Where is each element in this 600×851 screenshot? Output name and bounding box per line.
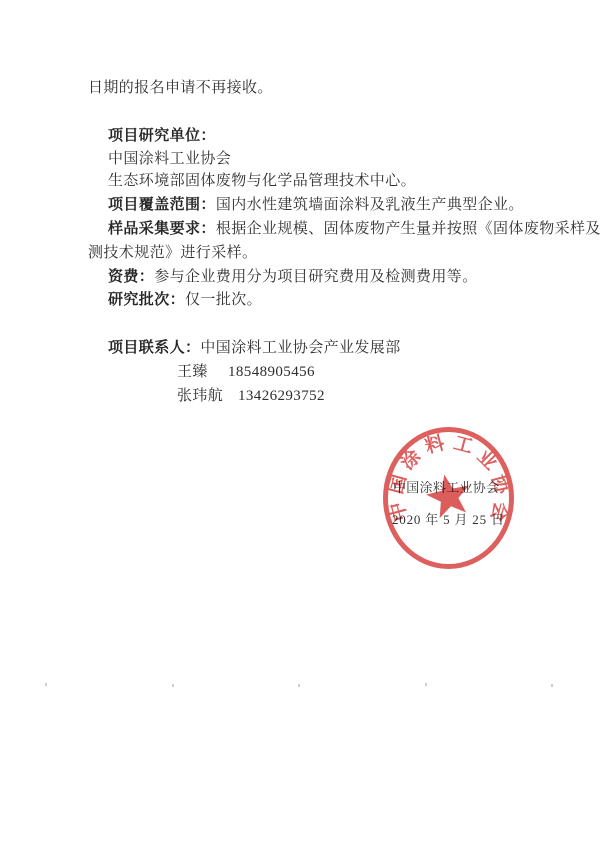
star-icon <box>419 468 478 525</box>
scan-speck <box>298 684 300 687</box>
paragraph-continuation: 日期的报名申请不再接收。 <box>88 80 273 97</box>
field-line-tech-center: 生态环境部固体废物与化学品管理技术中心。 <box>108 173 416 190</box>
field-line-fees: 资费：参与企业费用分为项目研究费用及检测费用等。 <box>108 269 478 286</box>
body-text: 日期的报名申请不再接收。 <box>88 80 273 96</box>
field-value: 国内水性建筑墙面涂料及乳液生产典型企业。 <box>216 197 524 213</box>
field-label: 研究批次： <box>108 292 185 308</box>
field-label: 资费： <box>108 269 154 285</box>
scan-speck <box>172 684 174 687</box>
field-label: 项目联系人： <box>108 340 200 356</box>
field-line-sampling-req: 样品采集要求：根据企业规模、固体废物产生量并按照《固体废物采样及检 <box>108 221 600 238</box>
field-label: 样品采集要求： <box>108 221 216 237</box>
scan-speck <box>551 684 553 687</box>
field-value: 参与企业费用分为项目研究费用及检测费用等。 <box>154 269 477 285</box>
contact-row: 张玮航13426293752 <box>177 388 325 405</box>
field-line-batch: 研究批次：仅一批次。 <box>108 292 262 309</box>
contact-phone: 13426293752 <box>238 388 325 404</box>
field-value: 生态环境部固体废物与化学品管理技术中心。 <box>108 173 416 189</box>
contact-phone: 18548905456 <box>228 364 315 380</box>
contact-name: 张玮航 <box>177 388 238 405</box>
field-label: 项目覆盖范围： <box>108 197 216 213</box>
field-line-coverage: 项目覆盖范围：国内水性建筑墙面涂料及乳液生产典型企业。 <box>108 197 524 214</box>
scan-speck <box>425 683 427 686</box>
field-line-contact-person: 项目联系人：中国涂料工业协会产业发展部 <box>108 340 401 357</box>
field-value: 中国涂料工业协会 <box>108 151 231 167</box>
scanned-document-page: 日期的报名申请不再接收。 项目研究单位： 中国涂料工业协会 生态环境部固体废物与… <box>0 0 600 851</box>
scan-speck <box>45 683 47 686</box>
field-line-org-name: 中国涂料工业协会 <box>108 151 231 168</box>
field-label: 项目研究单位： <box>108 128 216 144</box>
field-value: 仅一批次。 <box>185 292 262 308</box>
field-value: 中国涂料工业协会产业发展部 <box>200 340 400 356</box>
contact-row: 王臻18548905456 <box>177 364 315 381</box>
field-value: 根据企业规模、固体废物产生量并按照《固体废物采样及检 <box>216 221 600 237</box>
field-value: 测技术规范》进行采样。 <box>88 245 257 261</box>
official-seal: 中 国 涂 料 工 业 协 会 <box>383 427 514 569</box>
field-line-research-unit: 项目研究单位： <box>108 128 216 145</box>
contact-name: 王臻 <box>177 364 228 381</box>
field-line-sampling-wrap: 测技术规范》进行采样。 <box>88 245 257 262</box>
